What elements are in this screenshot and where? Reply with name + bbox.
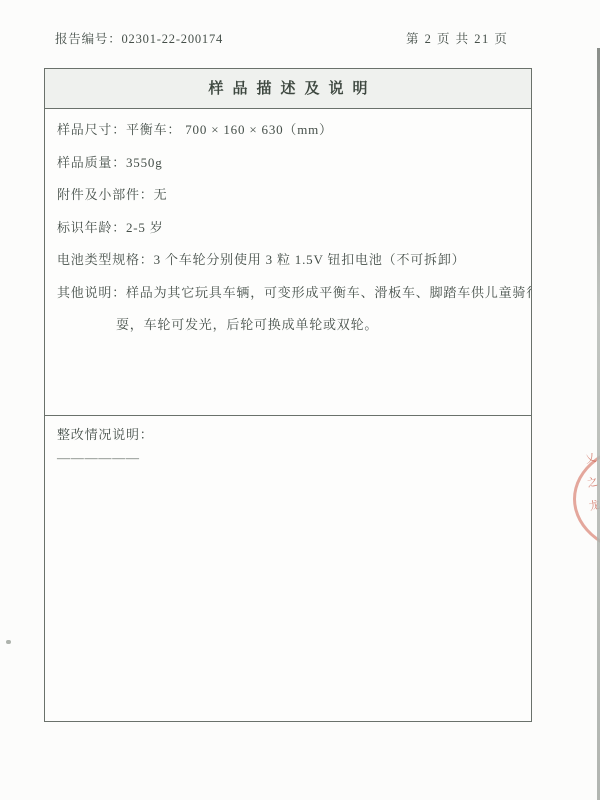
battery-spec-line: 电池类型规格：3 个车轮分别使用 3 粒 1.5V 钮扣电池（不可拆卸） [57,244,523,277]
report-number: 报告编号：02301-22-200174 [55,29,223,47]
red-seal-stamp: 乂 之 龙 [558,433,600,563]
scan-speck [6,640,11,644]
accessories-line: 附件及小部件：无 [57,179,523,212]
sample-size-line: 样品尺寸：平衡车： 700 × 160 × 630（mm） [57,114,523,147]
correction-status-label: 整改情况说明： [57,423,523,446]
other-notes-line: 其他说明：样品为其它玩具车辆，可变形成平衡车、滑板车、脚踏车供儿童骑行玩 [57,277,523,310]
age-marking-line: 标识年龄：2-5 岁 [57,212,523,245]
correction-status-placeholder: —————— [57,446,523,469]
table-title: 样品描述及说明 [45,69,531,109]
correction-status-cell: 整改情况说明： —————— [45,416,531,719]
seal-arc [573,442,600,556]
scanned-report-page: 报告编号：02301-22-200174 第 2 页 共 21 页 样品描述及说… [0,0,600,800]
page-indicator: 第 2 页 共 21 页 [406,29,508,47]
sample-weight-line: 样品质量：3550g [57,147,523,180]
other-notes-continuation-line: 耍，车轮可发光，后轮可换成单轮或双轮。 [57,309,523,342]
sample-info-cell: 样品尺寸：平衡车： 700 × 160 × 630（mm） 样品质量：3550g… [45,109,531,416]
sample-description-table: 样品描述及说明 样品尺寸：平衡车： 700 × 160 × 630（mm） 样品… [44,68,532,722]
seal-text-fragment: 乂 [583,449,598,467]
